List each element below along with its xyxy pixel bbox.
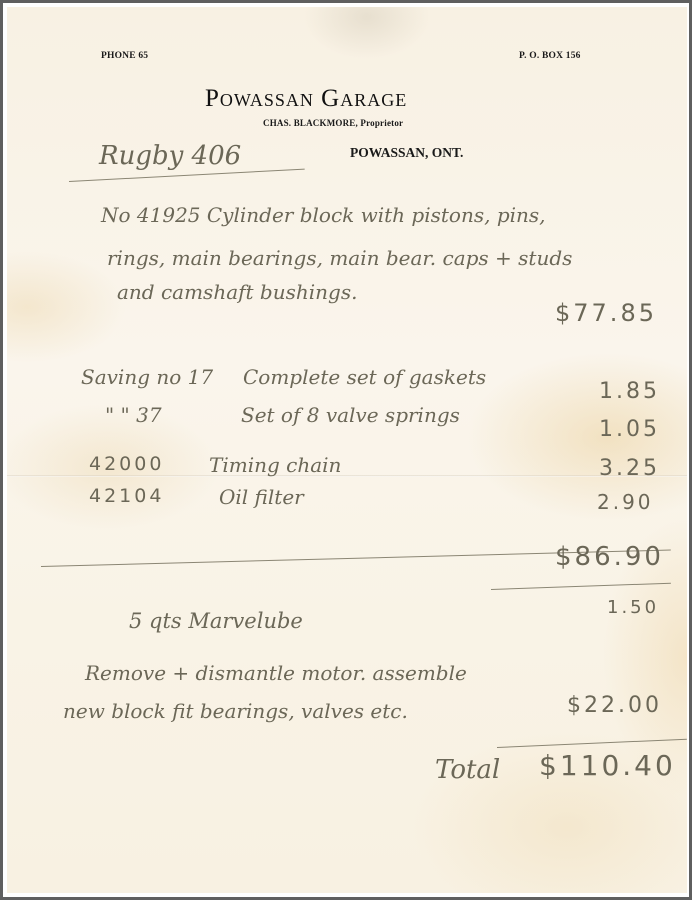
page-frame: PHONE 65 P. O. BOX 156 Powassan Garage C… <box>3 3 689 897</box>
part-number: 42104 <box>89 485 164 507</box>
vehicle-model: Rugby 406 <box>99 141 241 171</box>
part-number: 42000 <box>89 453 164 475</box>
main-item-line-2: rings, main bearings, main bear. caps + … <box>107 246 572 270</box>
po-box: P. O. BOX 156 <box>519 51 581 61</box>
invoice-paper: PHONE 65 P. O. BOX 156 Powassan Garage C… <box>7 7 687 893</box>
main-item-amount: $77.85 <box>555 299 657 327</box>
main-item-line-1: No 41925 Cylinder block with pistons, pi… <box>101 203 546 227</box>
location: POWASSAN, ONT. <box>350 145 463 161</box>
main-item-line-3: and camshaft bushings. <box>117 280 357 304</box>
part-amount: 1.05 <box>599 417 660 442</box>
phone-number: PHONE 65 <box>101 51 148 61</box>
part-number: Saving no 17 <box>81 365 213 389</box>
part-number: " " 37 <box>105 403 162 427</box>
part-description: Complete set of gaskets <box>243 365 486 389</box>
business-name: Powassan Garage <box>205 85 407 113</box>
oil-description: 5 qts Marvelube <box>129 609 303 633</box>
total-rule <box>497 739 687 749</box>
subtotal-underline <box>491 583 671 591</box>
labour-amount: $22.00 <box>567 693 662 718</box>
labour-line-2: new block fit bearings, valves etc. <box>63 699 408 723</box>
oil-amount: 1.50 <box>607 597 659 618</box>
part-amount: 3.25 <box>599 456 660 481</box>
labour-line-1: Remove + dismantle motor. assemble <box>85 661 467 685</box>
part-description: Oil filter <box>219 485 304 509</box>
proprietor-line: CHAS. BLACKMORE, Proprietor <box>263 118 403 128</box>
subtotal-amount: $86.90 <box>555 542 664 572</box>
part-amount: 1.85 <box>599 379 660 404</box>
total-amount: $110.40 <box>539 749 676 782</box>
total-label: Total <box>435 755 500 785</box>
paper-fold-crease <box>7 475 687 477</box>
part-amount: 2.90 <box>597 490 654 514</box>
part-description: Set of 8 valve springs <box>241 403 460 427</box>
part-description: Timing chain <box>209 453 341 477</box>
